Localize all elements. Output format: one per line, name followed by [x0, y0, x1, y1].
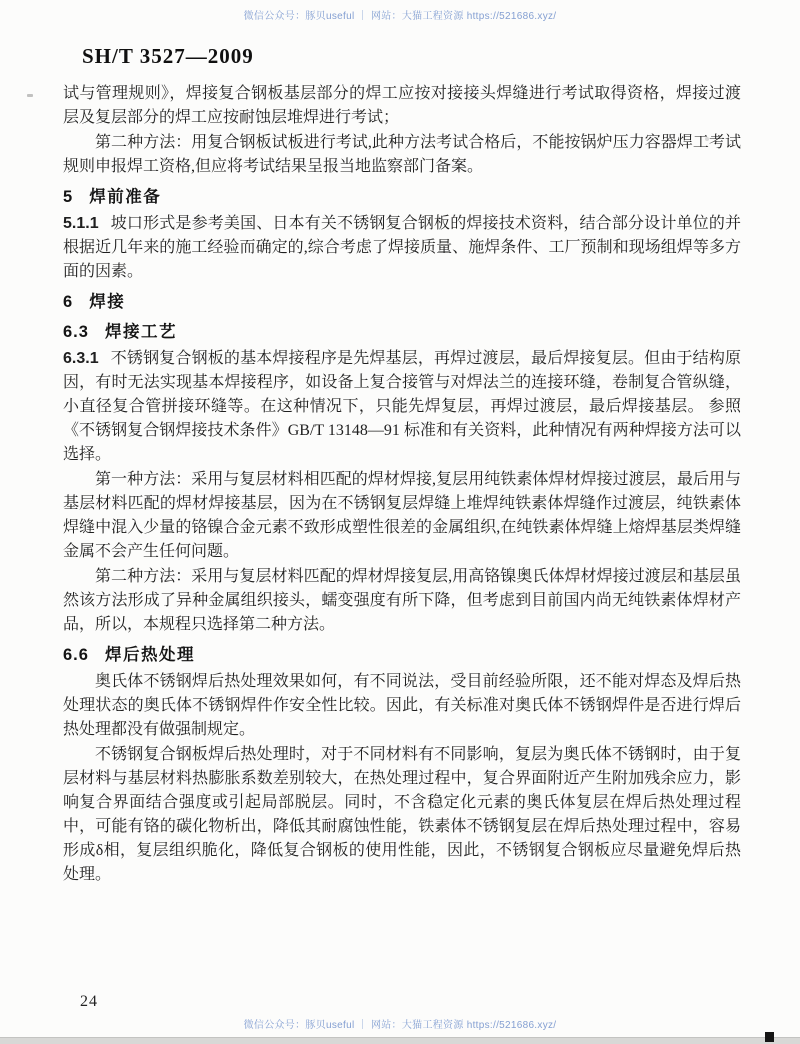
section-heading-6-6: 6.6焊后热处理 [63, 643, 741, 667]
section-number: 6 [63, 293, 73, 311]
clause-number: 5.1.1 [63, 215, 99, 232]
scan-edge-strip [0, 1037, 800, 1044]
scan-corner-mark [765, 1032, 774, 1042]
paragraph-pwht-austenitic: 奥氏体不锈钢焊后热处理效果如何，有不同说法，受目前经验所限，还不能对焊态及焊后热… [63, 670, 741, 742]
section-number: 6.6 [63, 646, 89, 664]
paragraph-second-method: 第二种方法：采用与复层材料匹配的焊材焊接复层,用高铬镍奥氏体焊材焊接过渡层和基层… [63, 565, 741, 637]
scan-artifact-right [705, 137, 709, 141]
document-page: 微信公众号：豚贝useful ｜ 网站：大猫工程资源 https://52168… [0, 0, 800, 1044]
clause-5-1-1: 5.1.1坡口形式是参考美国、日本有关不锈钢复合钢板的焊接技术资料，结合部分设计… [63, 212, 741, 284]
paragraph-continuation: 试与管理规则》，焊接复合钢板基层部分的焊工应按对接接头焊缝进行考试取得资格，焊接… [63, 82, 741, 130]
section-number: 5 [63, 188, 73, 206]
section-number: 6.3 [63, 323, 89, 341]
section-heading-6: 6焊接 [63, 290, 741, 314]
clause-text: 坡口形式是参考美国、日本有关不锈钢复合钢板的焊接技术资料，结合部分设计单位的并根… [63, 215, 741, 280]
section-title: 焊接 [89, 293, 125, 311]
clause-text: 不锈钢复合钢板的基本焊接程序是先焊基层，再焊过渡层，最后焊接复层。但由于结构原因… [63, 350, 741, 463]
scan-artifact-left-margin [27, 94, 33, 97]
clause-number: 6.3.1 [63, 350, 99, 367]
paragraph-second-method-exam: 第二种方法：用复合钢板试板进行考试,此种方法考试合格后，不能按锅炉压力容器焊工考… [63, 131, 741, 179]
paragraph-pwht-clad-plate: 不锈钢复合钢板焊后热处理时，对于不同材料有不同影响，复层为奥氏体不锈钢时，由于复… [63, 743, 741, 887]
watermark-top: 微信公众号：豚贝useful ｜ 网站：大猫工程资源 https://52168… [0, 7, 800, 22]
clause-6-3-1: 6.3.1不锈钢复合钢板的基本焊接程序是先焊基层，再焊过渡层，最后焊接复层。但由… [63, 347, 741, 467]
standard-code: SH/T 3527—2009 [82, 44, 254, 69]
section-title: 焊后热处理 [105, 646, 195, 664]
section-title: 焊前准备 [89, 188, 161, 206]
watermark-bottom: 微信公众号：豚贝useful ｜ 网站：大猫工程资源 https://52168… [0, 1016, 800, 1031]
paragraph-first-method: 第一种方法：采用与复层材料相匹配的焊材焊接,复层用纯铁素体焊材焊接过渡层，最后用… [63, 468, 741, 564]
section-title: 焊接工艺 [105, 323, 177, 341]
page-number: 24 [80, 993, 98, 1011]
document-body: 试与管理规则》，焊接复合钢板基层部分的焊工应按对接接头焊缝进行考试取得资格，焊接… [63, 82, 741, 888]
section-heading-5: 5焊前准备 [63, 185, 741, 209]
section-heading-6-3: 6.3焊接工艺 [63, 320, 741, 344]
